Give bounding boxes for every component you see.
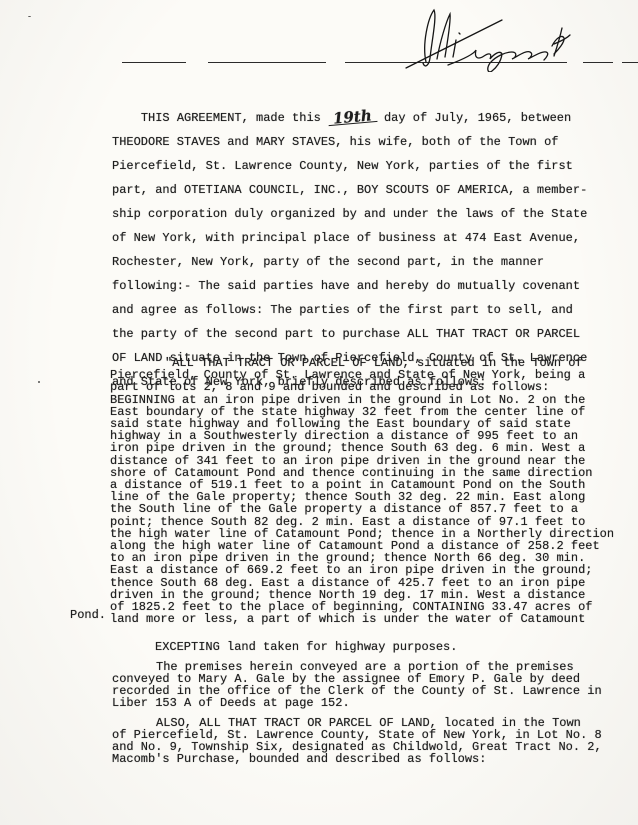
signature-scribble-icon (402, 6, 574, 72)
scan-speck (28, 16, 31, 17)
opening-lead-text: THIS AGREEMENT, made this (141, 111, 328, 125)
premises-paragraph: The premises herein conveyed are a porti… (112, 661, 636, 709)
also-parcel-paragraph: ALSO, ALL THAT TRACT OR PARCEL OF LAND, … (112, 717, 636, 765)
scan-speck (38, 381, 40, 383)
land-description-last-word: Pond. (70, 609, 106, 621)
top-rule-segment (208, 62, 326, 63)
top-rule-segment (583, 62, 613, 63)
document-page: THIS AGREEMENT, made this 19th day of Ju… (0, 0, 638, 825)
top-rule-segment (122, 62, 186, 63)
excepting-clause: EXCEPTING land taken for highway purpose… (155, 641, 457, 654)
land-description-block: "ALL THAT TRACT OR PARCEL OF LAND, situa… (110, 357, 634, 625)
handwritten-signature-scribble (402, 6, 574, 72)
handwritten-day-blank: 19th (328, 110, 378, 126)
opening-body-text: day of July, 1965, between THEODORE STAV… (112, 111, 587, 389)
top-rule-segment (622, 62, 638, 63)
